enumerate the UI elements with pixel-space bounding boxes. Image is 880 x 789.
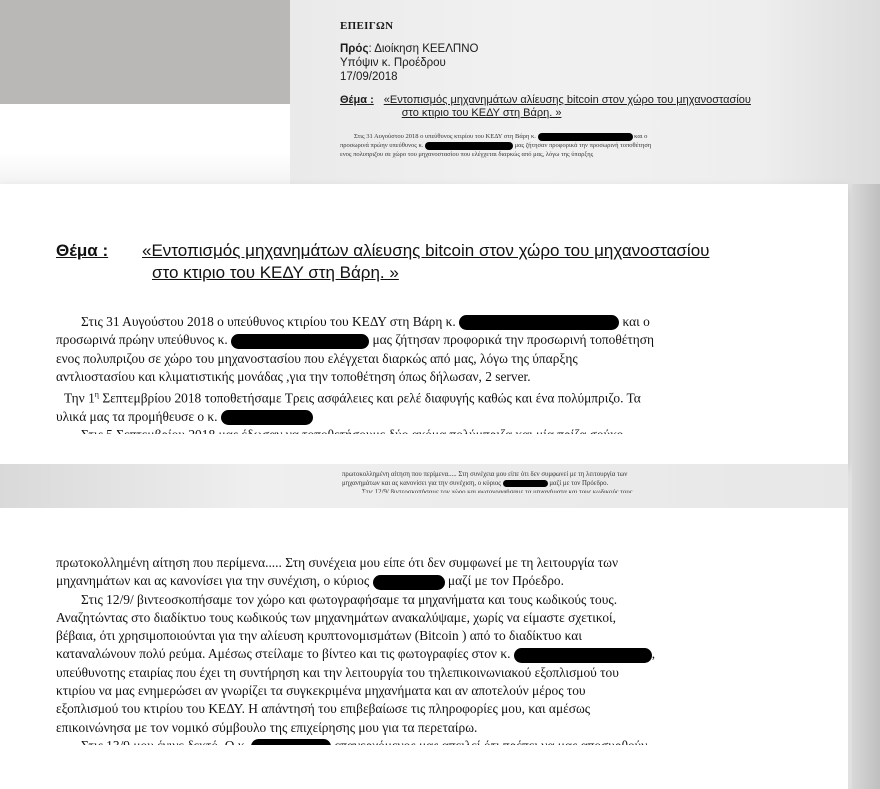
excerpt-panel-bottom: πρωτοκολλημένη αίτηση που περίμενα..... … <box>0 508 848 789</box>
background-paragraph: Στις 31 Αυγούστου 2018 ο υπεύθυνος κτιρί… <box>340 132 860 159</box>
letter-date: 17/09/2018 <box>340 70 860 84</box>
excerpt-panel-top: Θέμα : «Εντοπισμός μηχανημάτων αλίευσης … <box>0 184 848 464</box>
subject-label: Θέμα : <box>56 240 142 284</box>
paragraph-line: Στις 12/9/ βιντεοσκοπήσαμε τον χώρο και … <box>56 591 801 609</box>
left-shade <box>0 104 290 184</box>
redaction-bar <box>231 334 369 349</box>
right-edge-shadow <box>852 184 880 789</box>
background-subject: Θέμα : «Εντοπισμός μηχανημάτων αλίευσης … <box>340 94 860 120</box>
redaction-bar <box>425 142 513 150</box>
paragraph-line: καταναλώνουν πολύ ρεύμα. Αμέσως στείλαμε… <box>56 645 801 663</box>
to-label: Πρός <box>340 43 368 55</box>
to-value: : Διοίκηση ΚΕΕΛΠΝΟ <box>368 43 478 55</box>
urgency-label: ΕΠΕΙΓΩΝ <box>340 20 860 33</box>
paragraph-line: επικοινώνησα με τον νομικό σύμβουλο της … <box>56 719 801 737</box>
redaction-bar <box>503 480 548 487</box>
excerpt-subject: Θέμα : «Εντοπισμός μηχανημάτων αλίευσης … <box>56 240 709 284</box>
subject-label: Θέμα : <box>340 94 374 120</box>
paragraph-line: Στις 31 Αυγούστου 2018 ο υπεύθυνος κτιρί… <box>56 313 801 331</box>
subject-line-1: «Εντοπισμός μηχανημάτων αλίευσης bitcoin… <box>384 94 751 106</box>
redaction-bar <box>251 739 331 745</box>
subject-line-1: «Εντοπισμός μηχανημάτων αλίευσης bitcoin… <box>142 241 709 260</box>
paragraph-line: εξοπλισμού του κτιρίου του ΚΕΔΥ. Η απάντ… <box>56 700 801 718</box>
subject-line-2: στο κτιριο του ΚΕΔΥ στη Βάρη. » <box>142 263 399 282</box>
excerpt-body-top: Στις 31 Αυγούστου 2018 ο υπεύθυνος κτιρί… <box>56 313 801 434</box>
paragraph-line: πρωτοκολλημένη αίτηση που περίμενα..... … <box>56 554 801 572</box>
recipient-line: Πρός: Διοίκηση ΚΕΕΛΠΝΟ <box>340 42 860 56</box>
paragraph-line: ενος πολυπριζου σε χώρο του μηχανοστασίο… <box>56 350 801 368</box>
redaction-bar <box>373 575 445 590</box>
paragraph-line: κτιρίου να μας ενημερώσει αν γνωρίζει τα… <box>56 682 801 700</box>
paragraph-line: υπεύθυνοτης εταιρίας που έχει τη συντήρη… <box>56 664 801 682</box>
redaction-bar <box>514 648 652 663</box>
paragraph-line: μηχανημάτων και ας κανονίσει για την συν… <box>56 572 801 590</box>
paragraph-line: Αναζητώντας στο διαδίκτυο τους κωδικούς … <box>56 609 801 627</box>
paragraph-line: αντλιοστασίου και κλιματιστικής μονάδας … <box>56 368 801 386</box>
scan-strip: πρωτοκολλημένη αίτηση που περίμενα..... … <box>0 464 848 508</box>
subject-line-2: στο κτιριο του ΚΕΔΥ στη Βάρη. » <box>384 107 562 119</box>
redaction-bar <box>459 315 619 330</box>
excerpt-body-bottom: πρωτοκολλημένη αίτηση που περίμενα..... … <box>56 554 801 745</box>
redaction-bar <box>221 410 313 425</box>
paragraph-line: προσωρινά πρώην υπεύθυνος κ. μας ζήτησαν… <box>56 331 801 349</box>
paragraph-line: υλικά μας τα προμήθευσε ο κ. <box>56 408 801 426</box>
gray-background-block <box>0 0 290 104</box>
paragraph-line-cut: Στις 5 Σεπτεμβρίου 2018 μας έδωσαν να το… <box>56 426 801 434</box>
redaction-bar <box>538 133 633 141</box>
paragraph-line-cut: Στις 13/9 μου έγινε δεκτό. Ο κ. επανερχό… <box>56 737 801 745</box>
strip-text: πρωτοκολλημένη αίτηση που περίμενα..... … <box>342 470 822 493</box>
paragraph-line: βέβαια, ότι χρησιμοποιούνται για την αλί… <box>56 627 801 645</box>
paragraph-line: Την 1η Σεπτεμβρίου 2018 τοποθετήσαμε Τρε… <box>56 386 801 408</box>
attention-line: Υπόψιν κ. Προέδρου <box>340 56 860 70</box>
